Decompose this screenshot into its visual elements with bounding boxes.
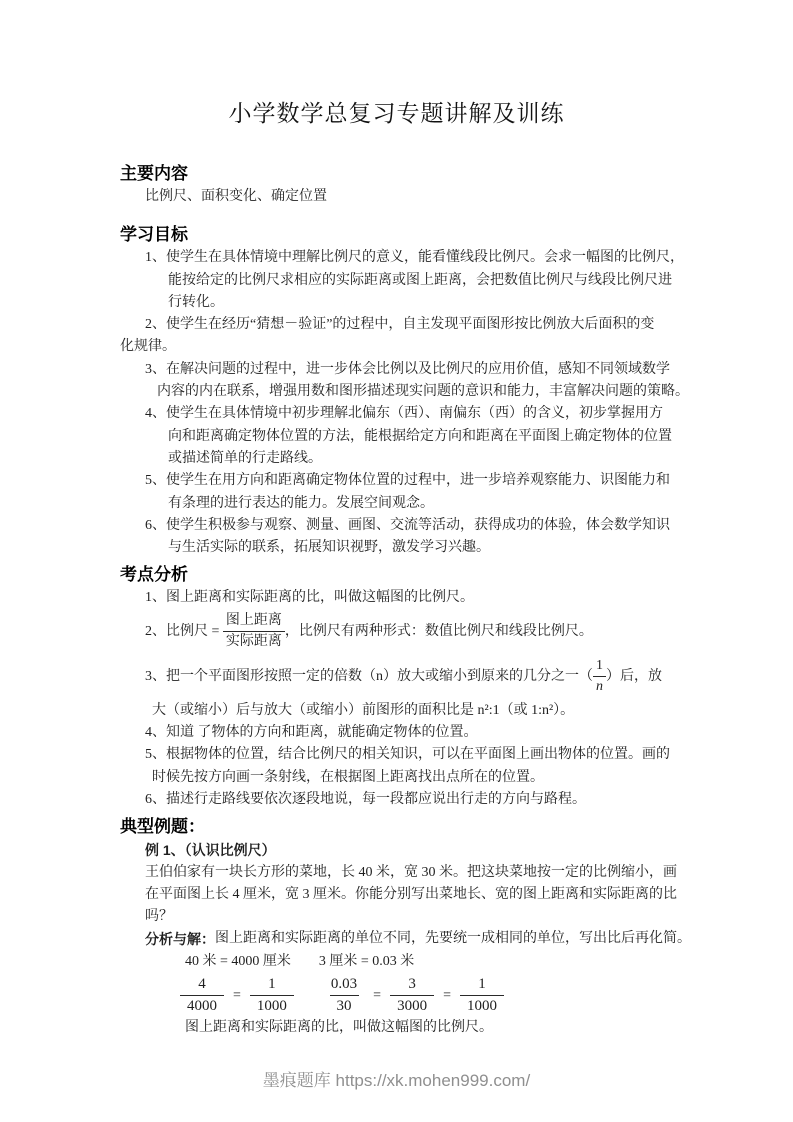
fraction-numerator: 1 [593, 656, 606, 676]
fraction-denominator: 1000 [250, 995, 294, 1017]
text-line: 内容的内在联系，增强用数和图形描述现实问题的意识和能力，丰富解决问题的策略。 [120, 381, 688, 403]
fraction-003-30: 0.03 30 [324, 974, 364, 1017]
section-analysis: 考点分析 1、图上距离和实际距离的比，叫做这幅图的比例尺。 2、比例尺 = 图上… [120, 563, 688, 811]
formula-pre-text: 3、把一个平面图形按照一定的倍数（n）放大或缩小到原来的几分之一（ [145, 667, 593, 687]
text-line: 4、知道 了物体的方向和距离，就能确定物体的位置。 [120, 722, 688, 744]
text-line: 化规律。 [120, 336, 688, 358]
fraction-one-over-n: 1 n [593, 656, 606, 697]
fraction-denominator: 4000 [180, 995, 224, 1017]
fraction-numerator: 4 [191, 974, 213, 995]
text-line: 能按给定的比例尺求相应的实际距离或图上距离，会把数值比例尺与线段比例尺进 [120, 270, 688, 292]
scale-definition-formula: 2、比例尺 = 图上距离 实际距离 ，比例尺有两种形式：数值比例尺和线段比例尺。 [120, 610, 688, 654]
solution-label: 分析与解： [145, 928, 215, 950]
fraction-numerator: 图上距离 [223, 611, 285, 631]
analysis-tail-list: 大（或缩小）后与放大（或缩小）前图形的面积比是 n²:1（或 1:n²）。4、知… [120, 700, 688, 811]
text-line: 2、使学生在经历“猜想－验证”的过程中，自主发现平面图形按比例放大后面积的变 [120, 314, 688, 336]
text-line: 1、使学生在具体情境中理解比例尺的意义，能看懂线段比例尺。会求一幅图的比例尺， [120, 247, 688, 269]
text-line: 有条理的进行表达的能力。发展空间观念。 [120, 493, 688, 515]
text-line: 吗？ [120, 906, 688, 928]
example1-problem: 王伯伯家有一块长方形的菜地，长 40 米，宽 30 米。把这块菜地按一定的比例缩… [120, 862, 688, 929]
solution-text: 图上距离和实际距离的单位不同，先要统一成相同的单位，写出比后再化简。 [215, 928, 691, 950]
formula-post-text: ，比例尺有两种形式：数值比例尺和线段比例尺。 [285, 622, 593, 642]
text-line: 3、在解决问题的过程中，进一步体会比例以及比例尺的应用价值，感知不同领域数学 [120, 359, 688, 381]
text-line: 时候先按方向画一条射线，在根据图上距离找出点所在的位置。 [120, 767, 688, 789]
text-line: 5、使学生在用方向和距离确定物体位置的过程中，进一步培养观察能力、识图能力和 [120, 470, 688, 492]
example1-title: 例 1、（认识比例尺） [120, 839, 688, 861]
text-line: 5、根据物体的位置，结合比例尺的相关知识，可以在平面图上画出物体的位置。画的 [120, 744, 688, 766]
heading-examples: 典型例题： [120, 815, 688, 839]
fraction-4-4000: 4 4000 [180, 974, 224, 1017]
text-line: 行转化。 [120, 292, 688, 314]
section-examples: 典型例题： 例 1、（认识比例尺） 王伯伯家有一块长方形的菜地，长 40 米，宽… [120, 815, 688, 1039]
text-line: 6、描述行走路线要依次逐段地说，每一段都应说出行走的方向与路程。 [120, 789, 688, 811]
document-title: 小学数学总复习专题讲解及训练 [0, 0, 793, 130]
fraction-numerator: 0.03 [324, 974, 364, 995]
formula-post-text: ）后，放 [606, 667, 662, 687]
text-line: 或描述简单的行走路线。 [120, 448, 688, 470]
equals-sign: = [443, 985, 451, 1006]
text-line: 与生活实际的联系，拓展知识视野，激发学习兴趣。 [120, 537, 688, 559]
fraction-denominator: n [593, 676, 606, 697]
fraction-denominator: 30 [330, 995, 359, 1017]
conclusion-line: 图上距离和实际距离的比，叫做这幅图的比例尺。 [120, 1017, 688, 1039]
watermark-footer: 墨痕题库 https://xk.mohen999.com/ [0, 1066, 793, 1091]
fraction-3-3000: 3 3000 [390, 974, 434, 1017]
document-body: 主要内容 比例尺、面积变化、确定位置 学习目标 1、使学生在具体情境中理解比例尺… [120, 162, 688, 1039]
section-objectives: 学习目标 1、使学生在具体情境中理解比例尺的意义，能看懂线段比例尺。会求一幅图的… [120, 223, 688, 559]
text-line: 王伯伯家有一块长方形的菜地，长 40 米，宽 30 米。把这块菜地按一定的比例缩… [120, 862, 688, 884]
formula-pre-text: 2、比例尺 = [145, 622, 223, 642]
fraction-numerator: 1 [261, 974, 283, 995]
fraction-1-1000b: 1 1000 [460, 974, 504, 1017]
fraction-numerator: 1 [471, 974, 493, 995]
heading-main-content: 主要内容 [120, 162, 688, 186]
objectives-list: 1、使学生在具体情境中理解比例尺的意义，能看懂线段比例尺。会求一幅图的比例尺，能… [120, 247, 688, 559]
section-main-content: 主要内容 比例尺、面积变化、确定位置 [120, 162, 688, 208]
heading-analysis: 考点分析 [120, 563, 688, 587]
fraction-scale: 图上距离 实际距离 [223, 611, 285, 652]
fraction-denominator: 3000 [390, 995, 434, 1017]
example1-solution-line: 分析与解： 图上距离和实际距离的单位不同，先要统一成相同的单位，写出比后再化简。 [120, 928, 688, 950]
fraction-1-1000: 1 1000 [250, 974, 294, 1017]
text-line: 4、使学生在具体情境中初步理解北偏东（西）、南偏东（西）的含义，初步掌握用方 [120, 403, 688, 425]
document-page: 小学数学总复习专题讲解及训练 主要内容 比例尺、面积变化、确定位置 学习目标 1… [0, 0, 793, 1122]
main-content-text: 比例尺、面积变化、确定位置 [120, 186, 688, 208]
text-line: 向和距离确定物体位置的方法，能根据给定方向和距离在平面图上确定物体的位置 [120, 426, 688, 448]
equals-sign: = [373, 985, 381, 1006]
enlarge-shrink-formula: 3、把一个平面图形按照一定的倍数（n）放大或缩小到原来的几分之一（ 1 n ）后… [120, 654, 688, 700]
unit-conversion-line: 40 米 = 4000 厘米 3 厘米 = 0.03 米 [120, 951, 688, 973]
equals-sign: = [233, 985, 241, 1006]
fraction-denominator: 1000 [460, 995, 504, 1017]
analysis-item-1: 1、图上距离和实际距离的比，叫做这幅图的比例尺。 [120, 587, 688, 609]
heading-objectives: 学习目标 [120, 223, 688, 247]
text-line: 6、使学生积极参与观察、测量、画图、交流等活动，获得成功的体验，体会数学知识 [120, 515, 688, 537]
ratio-equations-row: 4 4000 = 1 1000 0.03 30 = 3 3000 = [180, 973, 688, 1017]
text-line: 大（或缩小）后与放大（或缩小）前图形的面积比是 n²:1（或 1:n²）。 [120, 700, 688, 722]
fraction-numerator: 3 [401, 974, 423, 995]
fraction-denominator: 实际距离 [223, 631, 285, 652]
text-line: 在平面图上长 4 厘米，宽 3 厘米。你能分别写出菜地长、宽的图上距离和实际距离… [120, 884, 688, 906]
